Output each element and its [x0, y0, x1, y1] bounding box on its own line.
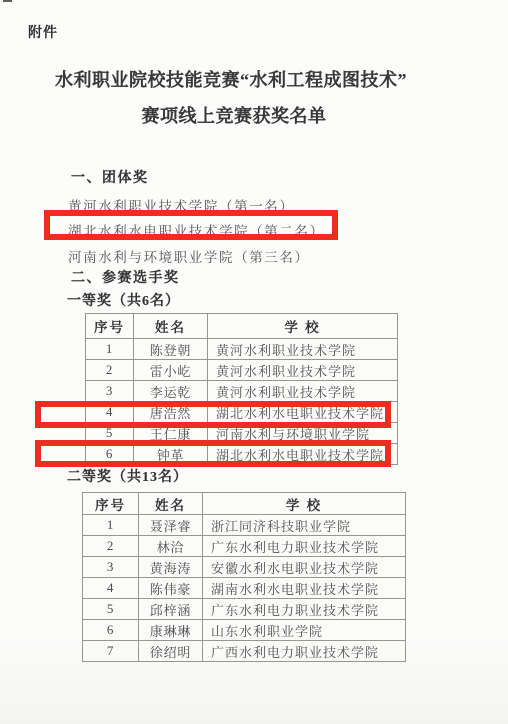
table-row: 3李运乾黄河水利职业技术学院 — [86, 381, 398, 402]
section-heading-team-award: 一、团体奖 — [71, 167, 149, 187]
table-header-row: 序号姓名学 校 — [83, 493, 406, 515]
school-cell: 山东水利职业学院 — [203, 620, 406, 641]
name-cell: 林洽 — [139, 536, 203, 557]
table-row: 6康琳琳山东水利职业学院 — [83, 620, 406, 641]
table-row: 4唐浩然湖北水利水电职业技术学院 — [86, 402, 398, 423]
rank-cell: 3 — [86, 381, 134, 402]
school-cell: 黄河水利职业技术学院 — [208, 381, 398, 402]
rank-cell: 3 — [83, 557, 139, 578]
second-prize-table: 序号姓名学 校1聂泽睿浙江同济科技职业学院2林洽广东水利电力职业技术学院3黄海涛… — [82, 492, 406, 662]
school-cell: 安徽水利水电职业技术学院 — [203, 557, 406, 578]
school-cell: 湖北水利水电职业技术学院 — [208, 444, 398, 465]
school-cell: 广东水利电力职业技术学院 — [203, 599, 406, 620]
table-header-row: 序号姓名学 校 — [86, 314, 398, 339]
column-header: 序号 — [86, 314, 134, 339]
column-header: 姓名 — [134, 314, 208, 339]
name-cell: 徐绍明 — [139, 641, 203, 662]
rank-cell: 2 — [83, 536, 139, 557]
rank-cell: 5 — [86, 423, 134, 444]
name-cell: 康琳琳 — [139, 620, 203, 641]
rank-cell: 5 — [83, 599, 139, 620]
document-title-line1: 水利职业院校技能竞赛“水利工程成图技术” — [0, 66, 508, 92]
table-row: 7徐绍明广西水利电力职业技术学院 — [83, 641, 406, 662]
school-cell: 广西水利电力职业技术学院 — [203, 641, 406, 662]
rank-cell: 4 — [83, 578, 139, 599]
table-row: 2雷小屹黄河水利职业技术学院 — [86, 360, 398, 381]
scanned-document-page: 附件 水利职业院校技能竞赛“水利工程成图技术” 赛项线上竞赛获奖名单 一、团体奖… — [0, 0, 508, 724]
school-cell: 湖北水利水电职业技术学院 — [208, 402, 398, 423]
table-row: 5邱梓涵广东水利电力职业技术学院 — [83, 599, 406, 620]
column-header: 学 校 — [203, 493, 406, 515]
rank-cell: 1 — [86, 339, 134, 360]
name-cell: 陈登朝 — [134, 339, 208, 360]
name-cell: 钟革 — [134, 444, 208, 465]
document-title-line2: 赛项线上竞赛获奖名单 — [0, 102, 508, 128]
rank-cell: 1 — [83, 515, 139, 536]
table-row: 6钟革湖北水利水电职业技术学院 — [86, 444, 398, 465]
section-heading-contestant-award: 二、参赛选手奖 — [71, 267, 180, 287]
second-prize-heading: 二等奖（共13名） — [67, 466, 188, 486]
table-row: 3黄海涛安徽水利水电职业技术学院 — [83, 557, 406, 578]
first-prize-table: 序号姓名学 校1陈登朝黄河水利职业技术学院2雷小屹黄河水利职业技术学院3李运乾黄… — [85, 313, 398, 465]
rank-cell: 2 — [86, 360, 134, 381]
table-row: 1聂泽睿浙江同济科技职业学院 — [83, 515, 406, 536]
name-cell: 雷小屹 — [134, 360, 208, 381]
school-cell: 浙江同济科技职业学院 — [203, 515, 406, 536]
first-prize-heading: 一等奖（共6名） — [67, 290, 180, 310]
name-cell: 聂泽睿 — [139, 515, 203, 536]
school-cell: 广东水利电力职业技术学院 — [203, 536, 406, 557]
school-cell: 黄河水利职业技术学院 — [208, 360, 398, 381]
column-header: 姓名 — [139, 493, 203, 515]
school-cell: 河南水利与环境职业学院 — [208, 423, 398, 444]
rank-cell: 7 — [83, 641, 139, 662]
scan-artifact — [3, 0, 12, 2]
rank-cell: 6 — [86, 444, 134, 465]
attachment-label: 附件 — [28, 22, 58, 42]
rank-cell: 6 — [83, 620, 139, 641]
name-cell: 陈伟豪 — [139, 578, 203, 599]
name-cell: 李运乾 — [134, 381, 208, 402]
table-row: 2林洽广东水利电力职业技术学院 — [83, 536, 406, 557]
team-award-entry: 河南水利与环境职业学院（第三名） — [68, 246, 310, 266]
name-cell: 邱梓涵 — [139, 599, 203, 620]
name-cell: 黄海涛 — [139, 557, 203, 578]
rank-cell: 4 — [86, 402, 134, 423]
table-row: 4陈伟豪湖南水利水电职业技术学院 — [83, 578, 406, 599]
team-award-entry: 湖北水利水电职业技术学院（第二名） — [68, 220, 325, 240]
column-header: 序号 — [83, 493, 139, 515]
name-cell: 唐浩然 — [134, 402, 208, 423]
column-header: 学 校 — [208, 314, 398, 339]
school-cell: 湖南水利水电职业技术学院 — [203, 578, 406, 599]
team-award-entry: 黄河水利职业技术学院（第一名） — [68, 195, 295, 215]
table-row: 5王仁康河南水利与环境职业学院 — [86, 423, 398, 444]
table-row: 1陈登朝黄河水利职业技术学院 — [86, 339, 398, 360]
name-cell: 王仁康 — [134, 423, 208, 444]
school-cell: 黄河水利职业技术学院 — [208, 339, 398, 360]
